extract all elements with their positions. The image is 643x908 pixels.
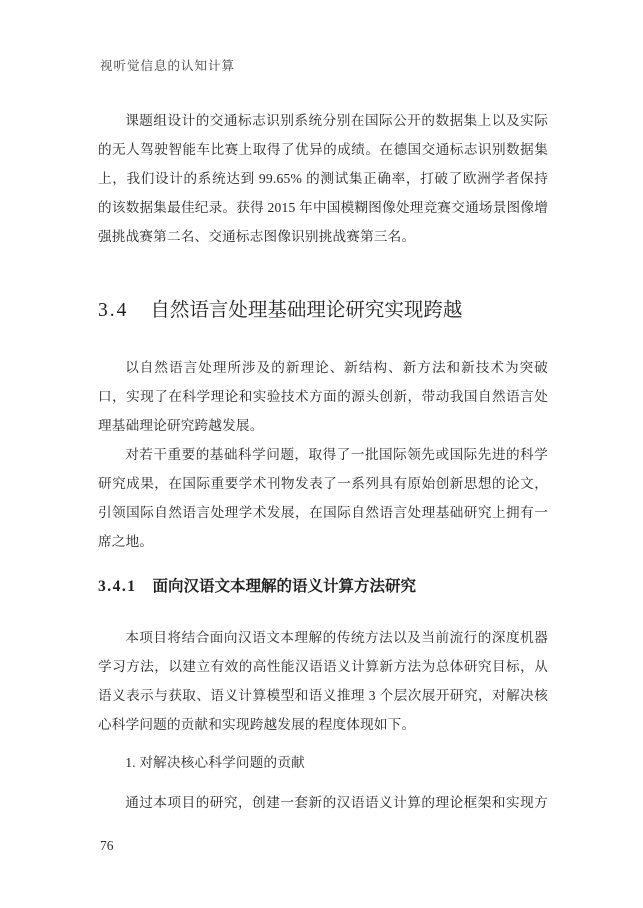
subsection-title: 面向汉语文本理解的语义计算方法研究: [153, 572, 417, 601]
paragraph-framework-intro: 通过本项目的研究，创建一套新的汉语语义计算的理论框架和实现方: [98, 788, 548, 817]
page-body: 课题组设计的交通标志识别系统分别在国际公开的数据集上以及实际的无人驾驶智能车比赛…: [98, 106, 548, 817]
subsection-heading-3-4-1: 3.4.1 面向汉语文本理解的语义计算方法研究: [98, 572, 548, 601]
document-page: 视听觉信息的认知计算 课题组设计的交通标志识别系统分别在国际公开的数据集上以及实…: [0, 0, 643, 908]
page-number: 76: [100, 838, 114, 854]
paragraph-traffic-sign-results: 课题组设计的交通标志识别系统分别在国际公开的数据集上以及实际的无人驾驶智能车比赛…: [98, 106, 548, 251]
section-heading-3-4: 3.4 自然语言处理基础理论研究实现跨越: [98, 296, 548, 325]
numbered-item-core-contribution: 1. 对解决核心科学问题的贡献: [98, 748, 548, 777]
paragraph-research-achievements: 对若干重要的基础科学问题，取得了一批国际领先或国际先进的科学研究成果，在国际重要…: [98, 440, 548, 556]
paragraph-nlp-breakthrough: 以自然语言处理所涉及的新理论、新结构、新方法和新技术为突破口，实现了在科学理论和…: [98, 353, 548, 440]
running-header: 视听觉信息的认知计算: [100, 56, 235, 74]
paragraph-project-overview: 本项目将结合面向汉语文本理解的传统方法以及当前流行的深度机器学习方法，以建立有效…: [98, 623, 548, 739]
section-title: 自然语言处理基础理论研究实现跨越: [150, 296, 462, 325]
subsection-number: 3.4.1: [98, 572, 137, 601]
section-number: 3.4: [98, 296, 128, 325]
